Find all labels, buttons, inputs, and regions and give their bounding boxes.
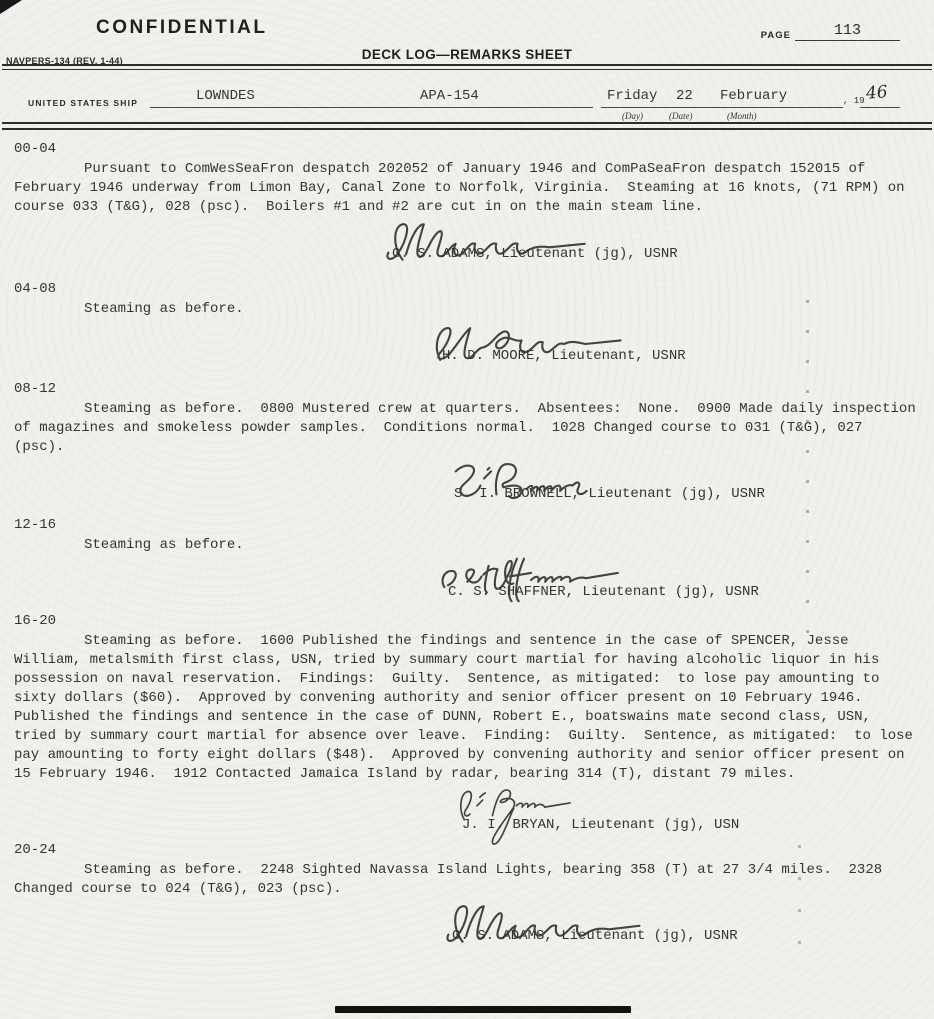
signature-block: S. I. BROWNELL, Lieutenant (jg), USNR: [454, 459, 918, 504]
page-title: DECK LOG—REMARKS SHEET: [0, 47, 934, 62]
ship-underline: [150, 107, 593, 108]
watch-period-label: 00-04: [14, 140, 918, 159]
month-caption: (Month): [727, 111, 757, 121]
scan-artifact-dots: [806, 300, 809, 660]
signature-block: G. S. ADAMS, Lieutenant (jg), USNR: [452, 901, 918, 946]
log-entry-0408: 04-08 Steaming as before. H. D. MOORE, L…: [14, 280, 918, 366]
watch-period-label: 20-24: [14, 841, 918, 860]
scan-artifact-bar: [335, 1006, 631, 1013]
entry-remarks: Steaming as before. 1600 Published the f…: [14, 632, 918, 784]
ship-label: UNITED STATES SHIP: [28, 98, 138, 108]
signature-block: H. D. MOORE, Lieutenant, USNR: [442, 321, 918, 366]
signature-block: G. S. ADAMS, Lieutenant (jg), USNR: [392, 219, 918, 264]
year-prefix-label: , 19: [843, 96, 865, 106]
page-number-line: 113: [795, 22, 900, 41]
log-entry-2024: 20-24 Steaming as before. 2248 Sighted N…: [14, 841, 918, 946]
scan-artifact-corner: [0, 0, 22, 14]
day-caption: (Day): [622, 111, 643, 121]
watch-period-label: 16-20: [14, 612, 918, 631]
year-field: 46: [865, 82, 888, 104]
entry-remarks: Steaming as before. 2248 Sighted Navassa…: [14, 861, 918, 899]
signature-block: C. S. SHAFFNER, Lieutenant (jg), USNR: [448, 557, 918, 602]
entry-remarks: Steaming as before. 0800 Mustered crew a…: [14, 400, 918, 457]
entry-remarks: Steaming as before.: [14, 536, 918, 555]
page-number: 113: [834, 22, 861, 39]
date-caption: (Date): [669, 111, 693, 121]
ship-name-field: LOWNDES: [196, 88, 255, 104]
signature-name: G. S. ADAMS, Lieutenant (jg), USNR: [452, 927, 918, 946]
deck-log-remarks-sheet: CONFIDENTIAL PAGE113 NAVPERS-134 (REV. 1…: [0, 0, 934, 1019]
date-day-field: Friday: [607, 88, 657, 104]
signature-name: J. I. BRYAN, Lieutenant (jg), USN: [462, 816, 918, 835]
signature-name: C. S. SHAFFNER, Lieutenant (jg), USNR: [448, 583, 918, 602]
log-entries: 00-04 Pursuant to ComWesSeaFron despatch…: [14, 140, 918, 946]
signature-name: S. I. BROWNELL, Lieutenant (jg), USNR: [454, 485, 918, 504]
log-entry-1216: 12-16 Steaming as before. C. S. SHAFFNER…: [14, 516, 918, 602]
page-number-field: PAGE113: [761, 22, 900, 41]
log-entry-1620: 16-20 Steaming as before. 1600 Published…: [14, 612, 918, 835]
log-entry-0812: 08-12 Steaming as before. 0800 Mustered …: [14, 380, 918, 504]
signature-block: J. I. BRYAN, Lieutenant (jg), USN: [462, 786, 918, 835]
entry-remarks: Steaming as before.: [14, 300, 918, 319]
watch-period-label: 04-08: [14, 280, 918, 299]
log-entry-0004: 00-04 Pursuant to ComWesSeaFron despatch…: [14, 140, 918, 264]
hull-number-field: APA-154: [420, 88, 479, 104]
page-label: PAGE: [761, 30, 791, 41]
entry-remarks: Pursuant to ComWesSeaFron despatch 20205…: [14, 160, 918, 217]
date-number-field: 22: [676, 88, 693, 104]
watch-period-label: 08-12: [14, 380, 918, 399]
divider-top: [2, 64, 932, 70]
scan-artifact-dots: [798, 845, 801, 970]
classification-stamp: CONFIDENTIAL: [96, 17, 267, 39]
year-underline: [860, 107, 900, 108]
date-underline: [601, 107, 843, 108]
signature-name: H. D. MOORE, Lieutenant, USNR: [442, 347, 918, 366]
signature-name: G. S. ADAMS, Lieutenant (jg), USNR: [392, 245, 918, 264]
divider-header-bottom: [2, 122, 932, 130]
watch-period-label: 12-16: [14, 516, 918, 535]
date-month-field: February: [720, 88, 787, 104]
